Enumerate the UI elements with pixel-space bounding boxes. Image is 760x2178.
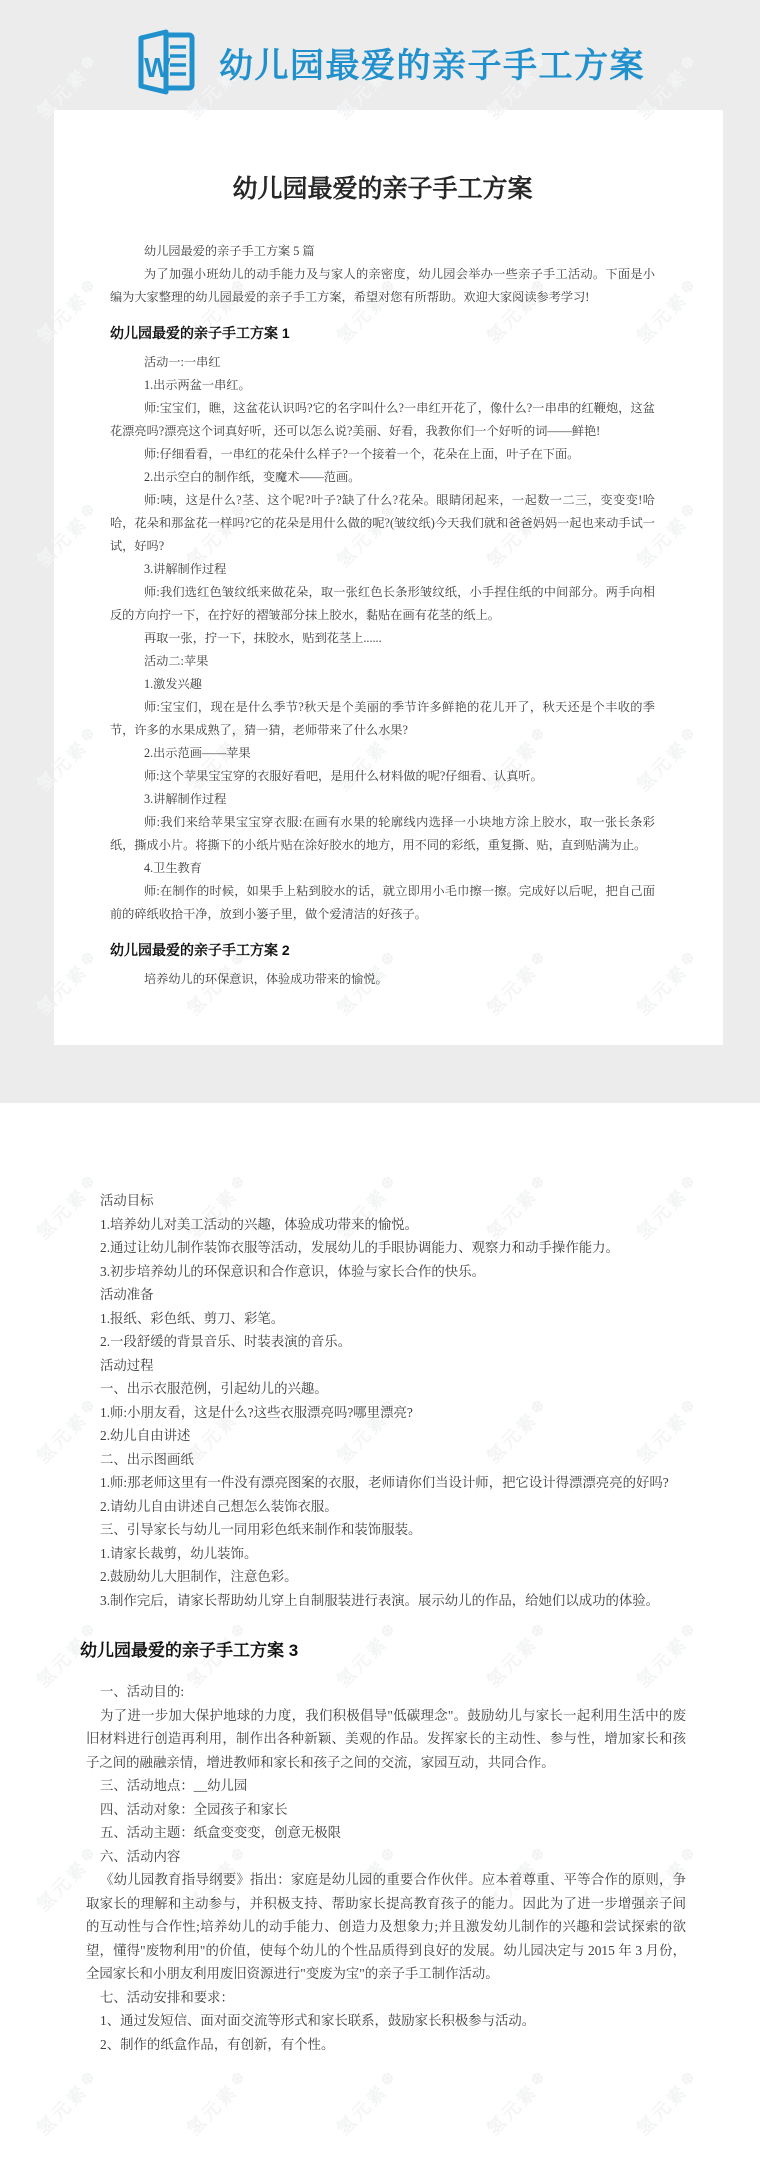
doc-paragraph: 三、活动地点：__幼儿园	[86, 1774, 686, 1798]
doc-paragraph: 2.幼儿自由讲述	[86, 1424, 686, 1448]
site-header-title: 幼儿园最爱的亲子手工方案	[219, 38, 645, 87]
doc-paragraph: 2.通过让幼儿制作装饰衣服等活动，发展幼儿的手眼协调能力、观察力和动手操作能力。	[86, 1236, 686, 1260]
doc-paragraph: 一、出示衣服范例，引起幼儿的兴趣。	[86, 1377, 686, 1401]
doc-paragraph: 七、活动安排和要求：	[86, 1986, 686, 2010]
doc-paragraph: 三、引导家长与幼儿一同用彩色纸来制作和装饰服装。	[86, 1518, 686, 1542]
doc-paragraph: 为了进一步加大保护地球的力度，我们积极倡导"低碳理念"。鼓励幼儿与家长一起利用生…	[86, 1704, 686, 1775]
doc-paragraph: 师:在制作的时候，如果手上粘到胶水的话，就立即用小毛巾擦一擦。完成好以后呢，把自…	[110, 880, 655, 926]
doc-paragraph: 1.请家长裁剪，幼儿装饰。	[86, 1542, 686, 1566]
doc-paragraph: 师:宝宝们，现在是什么季节?秋天是个美丽的季节许多鲜艳的花儿开了，秋天还是个丰收…	[110, 696, 655, 742]
doc-paragraph: 四、活动对象：全园孩子和家长	[86, 1798, 686, 1822]
doc-paragraph: 1.激发兴趣	[110, 673, 655, 696]
doc-paragraph: 2.请幼儿自由讲述自己想怎么装饰衣服。	[86, 1495, 686, 1519]
page: 氢元素❆氢元素❆氢元素❆氢元素❆氢元素❆氢元素❆氢元素❆氢元素❆氢元素❆氢元素❆…	[0, 0, 760, 2178]
document-page-2-body: 活动目标1.培养幼儿对美工活动的兴趣，体验成功带来的愉悦。2.通过让幼儿制作装饰…	[86, 1189, 760, 2056]
doc-heading: 幼儿园最爱的亲子手工方案 1	[110, 322, 655, 344]
site-header: W 幼儿园最爱的亲子手工方案	[0, 0, 760, 110]
doc-paragraph: 3.讲解制作过程	[110, 558, 655, 581]
doc-paragraph: 活动一:一串红	[110, 351, 655, 374]
doc-paragraph: 2.一段舒缓的背景音乐、时装表演的音乐。	[86, 1330, 686, 1354]
document-title: 幼儿园最爱的亲子手工方案	[110, 174, 655, 206]
doc-heading: 幼儿园最爱的亲子手工方案 2	[110, 939, 655, 961]
doc-paragraph: 4.卫生教育	[110, 857, 655, 880]
doc-paragraph: 幼儿园最爱的亲子手工方案 5 篇	[110, 240, 655, 263]
doc-paragraph: 1、通过发短信、面对面交流等形式和家长联系，鼓励家长积极参与活动。	[86, 2009, 686, 2033]
word-document-icon: W	[135, 29, 197, 95]
doc-paragraph: 3.制作完后，请家长帮助幼儿穿上自制服装进行表演。展示幼儿的作品，给她们以成功的…	[86, 1589, 686, 1613]
svg-text:W: W	[144, 52, 171, 83]
doc-paragraph: 一、活动目的:	[86, 1680, 686, 1704]
doc-paragraph: 六、活动内容	[86, 1845, 686, 1869]
doc-paragraph: 活动目标	[86, 1189, 686, 1213]
doc-paragraph: 1.报纸、彩色纸、剪刀、彩笔。	[86, 1307, 686, 1331]
doc-paragraph: 师:咦，这是什么?茎、这个呢?叶子?缺了什么?花朵。眼睛闭起来，一起数一二三，变…	[110, 489, 655, 558]
doc-paragraph: 2.出示空白的制作纸，变魔术——范画。	[110, 466, 655, 489]
doc-paragraph: 培养幼儿的环保意识，体验成功带来的愉悦。	[110, 968, 655, 991]
doc-heading: 幼儿园最爱的亲子手工方案 3	[80, 1639, 680, 1663]
doc-paragraph: 1.师:小朋友看，这是什么?这些衣服漂亮吗?哪里漂亮?	[86, 1401, 686, 1425]
doc-paragraph: 3.讲解制作过程	[110, 788, 655, 811]
doc-paragraph: 《幼儿园教育指导纲要》指出：家庭是幼儿园的重要合作伙伴。应本着尊重、平等合作的原…	[86, 1868, 686, 1986]
doc-paragraph: 五、活动主题：纸盒变变变，创意无极限	[86, 1821, 686, 1845]
doc-paragraph: 师:我们来给苹果宝宝穿衣服:在画有水果的轮廓线内选择一小块地方涂上胶水，取一张长…	[110, 811, 655, 857]
doc-paragraph: 师:宝宝们，瞧，这盆花认识吗?它的名字叫什么?一串红开花了，像什么?一串串的红鞭…	[110, 397, 655, 443]
doc-paragraph: 2、制作的纸盒作品，有创新，有个性。	[86, 2033, 686, 2057]
doc-paragraph: 师:这个苹果宝宝穿的衣服好看吧，是用什么材料做的呢?仔细看、认真听。	[110, 765, 655, 788]
doc-paragraph: 为了加强小班幼儿的动手能力及与家人的亲密度，幼儿园会举办一些亲子手工活动。下面是…	[110, 263, 655, 309]
doc-paragraph: 师:我们选红色皱纹纸来做花朵，取一张红色长条形皱纹纸，小手捏住纸的中间部分。两手…	[110, 581, 655, 627]
doc-paragraph: 1.培养幼儿对美工活动的兴趣，体验成功带来的愉悦。	[86, 1213, 686, 1237]
doc-paragraph: 2.出示范画——苹果	[110, 742, 655, 765]
word-document-icon-svg: W	[135, 29, 197, 95]
doc-paragraph: 活动二:苹果	[110, 650, 655, 673]
doc-paragraph: 师:仔细看看，一串红的花朵什么样子?一个接着一个，花朵在上面，叶子在下面。	[110, 443, 655, 466]
doc-paragraph: 再取一张，拧一下，抹胶水，贴到花茎上......	[110, 627, 655, 650]
doc-paragraph: 3.初步培养幼儿的环保意识和合作意识，体验与家长合作的快乐。	[86, 1260, 686, 1284]
doc-paragraph: 1.出示两盆一串红。	[110, 374, 655, 397]
document-page-1-body: 幼儿园最爱的亲子手工方案 5 篇为了加强小班幼儿的动手能力及与家人的亲密度，幼儿…	[110, 240, 723, 991]
doc-paragraph: 1.师:那老师这里有一件没有漂亮图案的衣服，老师请你们当设计师，把它设计得漂漂亮…	[86, 1471, 686, 1495]
doc-paragraph: 二、出示图画纸	[86, 1448, 686, 1472]
doc-paragraph: 2.鼓励幼儿大胆制作，注意色彩。	[86, 1565, 686, 1589]
doc-paragraph: 活动准备	[86, 1283, 686, 1307]
document-page-1: 幼儿园最爱的亲子手工方案 幼儿园最爱的亲子手工方案 5 篇为了加强小班幼儿的动手…	[54, 110, 723, 991]
doc-paragraph: 活动过程	[86, 1354, 686, 1378]
document-page-2: 活动目标1.培养幼儿对美工活动的兴趣，体验成功带来的愉悦。2.通过让幼儿制作装饰…	[0, 1103, 760, 2056]
